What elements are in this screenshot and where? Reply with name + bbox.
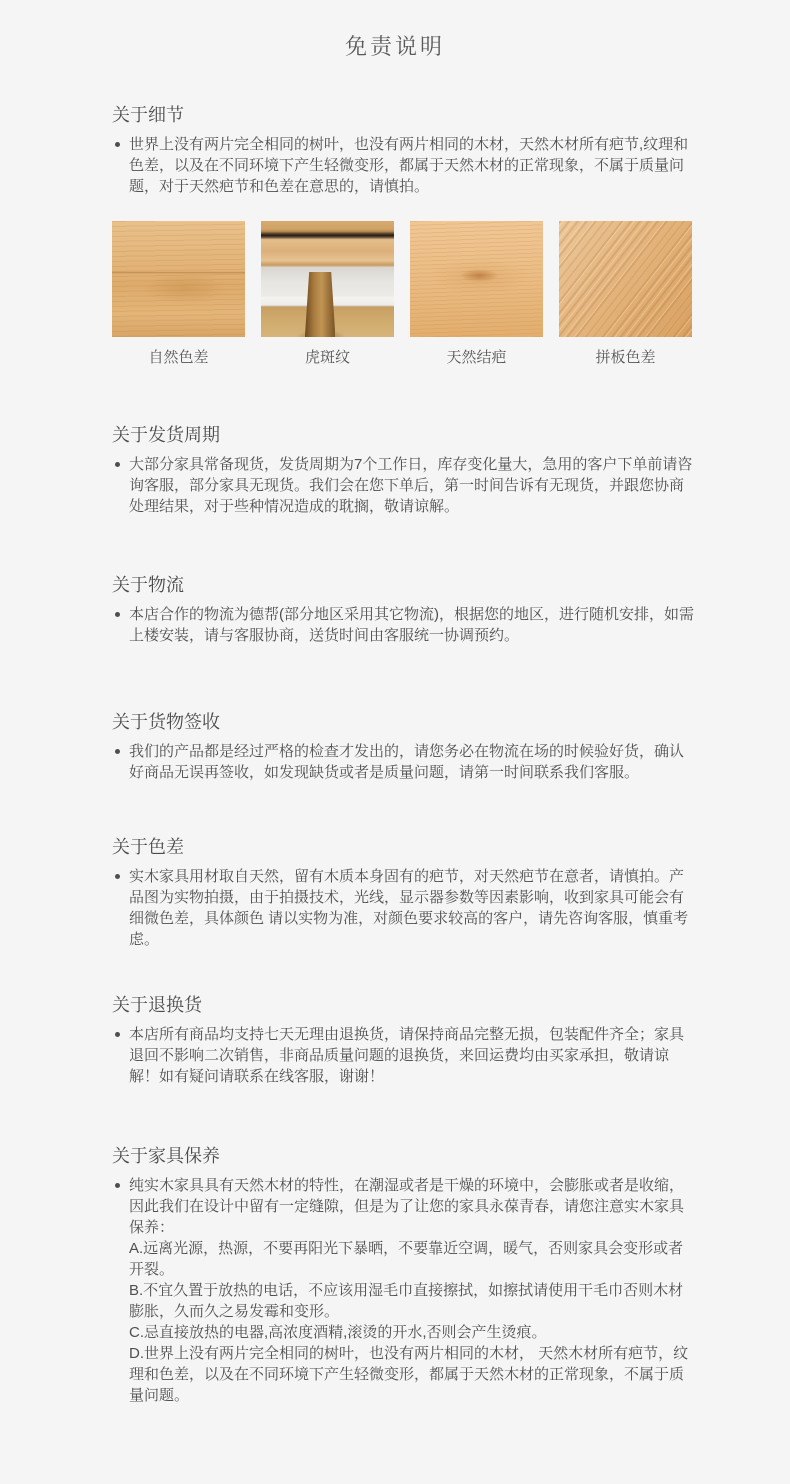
gallery-item: 拼板色差	[559, 221, 692, 367]
section-shipping-cycle: 关于发货周期 大部分家具常备现货，发货周期为7个工作日，库存变化量大，急用的客户…	[112, 423, 696, 517]
section-heading: 关于细节	[112, 103, 696, 127]
disclaimer-page: 免责说明 关于细节 世界上没有两片完全相同的树叶，也没有两片相同的木材，天然木材…	[0, 0, 790, 1484]
section-heading: 关于发货周期	[112, 423, 696, 447]
gallery-caption: 自然色差	[112, 346, 245, 367]
bullet-text: 大部分家具常备现货，发货周期为7个工作日，库存变化量大，急用的客户下单前请咨询客…	[129, 454, 696, 517]
bullet-text: 纯实木家具具有天然木材的特性，在潮湿或者是干燥的环境中，会膨胀或者是收缩，因此我…	[129, 1175, 696, 1406]
bullet-text: 实木家具用材取自天然，留有木质本身固有的疤节，对天然疤节在意者，请慎拍。产品图为…	[129, 866, 696, 950]
section-heading: 关于货物签收	[112, 710, 696, 734]
content-column: 关于细节 世界上没有两片完全相同的树叶，也没有两片相同的木材，天然木材所有疤节,…	[112, 103, 696, 1406]
section-logistics: 关于物流 本店合作的物流为德帮(部分地区采用其它物流)，根据您的地区，进行随机安…	[112, 573, 696, 646]
page-title: 免责说明	[0, 0, 790, 61]
wood-natural-color-difference-image	[112, 221, 245, 337]
gallery-caption: 天然结疤	[410, 346, 543, 367]
gallery-item: 自然色差	[112, 221, 245, 367]
table-leg-graphic	[305, 272, 336, 337]
section-furniture-care: 关于家具保养 纯实木家具具有天然木材的特性，在潮湿或者是干燥的环境中，会膨胀或者…	[112, 1144, 696, 1406]
bullet-dot-icon	[115, 462, 120, 467]
wood-tiger-stripe-image	[261, 221, 394, 337]
section-heading: 关于退换货	[112, 993, 696, 1017]
bullet-text: 本店所有商品均支持七天无理由退换货，请保持商品完整无损，包装配件齐全；家具退回不…	[129, 1024, 696, 1087]
bullet-dot-icon	[115, 1032, 120, 1037]
bullet-dot-icon	[115, 874, 120, 879]
bullet-item: 世界上没有两片完全相同的树叶，也没有两片相同的木材，天然木材所有疤节,纹理和色差…	[112, 134, 696, 197]
bullet-item: 实木家具用材取自天然，留有木质本身固有的疤节，对天然疤节在意者，请慎拍。产品图为…	[112, 866, 696, 950]
bullet-item: 本店所有商品均支持七天无理由退换货，请保持商品完整无损，包装配件齐全；家具退回不…	[112, 1024, 696, 1087]
bullet-item: 我们的产品都是经过严格的检查才发出的，请您务必在物流在场的时候验好货，确认好商品…	[112, 741, 696, 783]
bullet-dot-icon	[115, 142, 120, 147]
wood-sample-gallery: 自然色差 虎斑纹 天然结疤 拼板色差	[112, 221, 696, 367]
wood-natural-knot-image	[410, 221, 543, 337]
section-heading: 关于物流	[112, 573, 696, 597]
bullet-item: 本店合作的物流为德帮(部分地区采用其它物流)，根据您的地区，进行随机安排，如需上…	[112, 604, 696, 646]
bullet-dot-icon	[115, 749, 120, 754]
gallery-caption: 虎斑纹	[261, 346, 394, 367]
section-returns: 关于退换货 本店所有商品均支持七天无理由退换货，请保持商品完整无损，包装配件齐全…	[112, 993, 696, 1087]
section-heading: 关于家具保养	[112, 1144, 696, 1168]
gallery-item: 虎斑纹	[261, 221, 394, 367]
bullet-item: 大部分家具常备现货，发货周期为7个工作日，库存变化量大，急用的客户下单前请咨询客…	[112, 454, 696, 517]
wood-panel-color-difference-image	[559, 221, 692, 337]
bullet-text: 世界上没有两片完全相同的树叶，也没有两片相同的木材，天然木材所有疤节,纹理和色差…	[129, 134, 696, 197]
bullet-text: 本店合作的物流为德帮(部分地区采用其它物流)，根据您的地区，进行随机安排，如需上…	[129, 604, 696, 646]
gallery-item: 天然结疤	[410, 221, 543, 367]
bullet-item: 纯实木家具具有天然木材的特性，在潮湿或者是干燥的环境中，会膨胀或者是收缩，因此我…	[112, 1175, 696, 1406]
bullet-dot-icon	[115, 612, 120, 617]
section-color-difference: 关于色差 实木家具用材取自天然，留有木质本身固有的疤节，对天然疤节在意者，请慎拍…	[112, 835, 696, 950]
section-heading: 关于色差	[112, 835, 696, 859]
bullet-dot-icon	[115, 1183, 120, 1188]
section-goods-receiving: 关于货物签收 我们的产品都是经过严格的检查才发出的，请您务必在物流在场的时候验好…	[112, 710, 696, 783]
section-details: 关于细节 世界上没有两片完全相同的树叶，也没有两片相同的木材，天然木材所有疤节,…	[112, 103, 696, 367]
gallery-caption: 拼板色差	[559, 346, 692, 367]
bullet-text: 我们的产品都是经过严格的检查才发出的，请您务必在物流在场的时候验好货，确认好商品…	[129, 741, 696, 783]
